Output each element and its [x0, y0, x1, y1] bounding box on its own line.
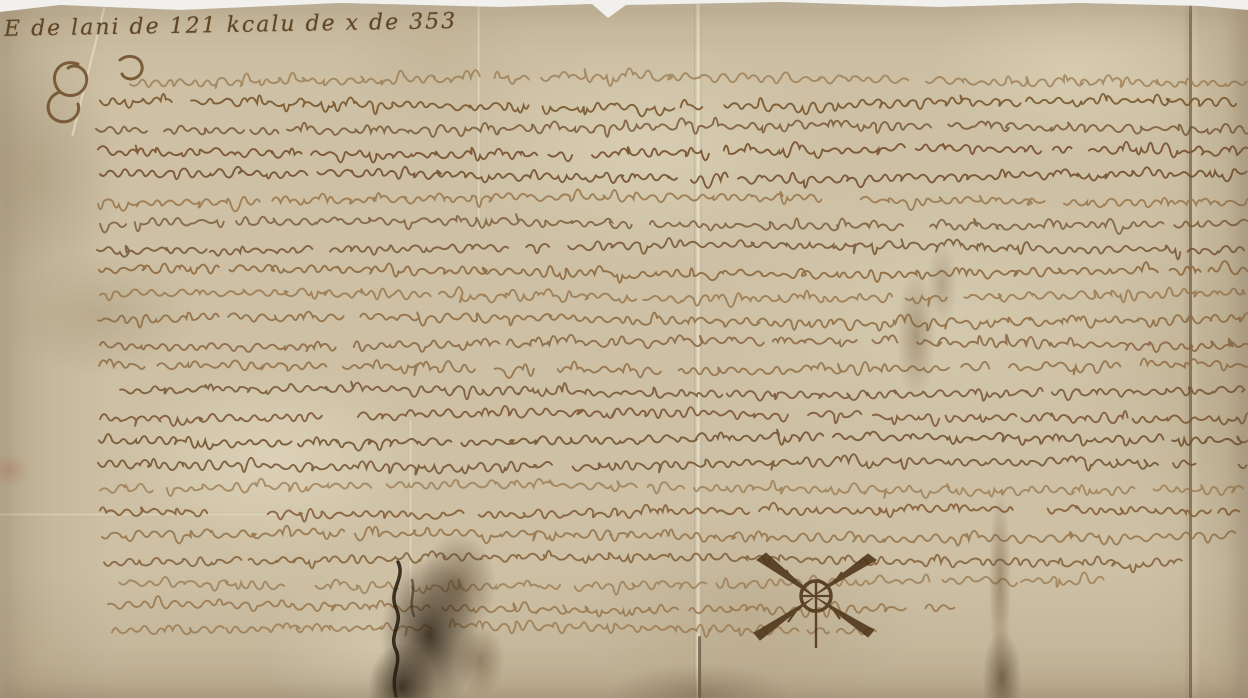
parchment-sheet: E de lani de 121 kcalu de x de 353	[0, 0, 1248, 698]
edge-shadow	[0, 0, 1248, 698]
manuscript-photo: E de lani de 121 kcalu de x de 353	[0, 0, 1248, 698]
